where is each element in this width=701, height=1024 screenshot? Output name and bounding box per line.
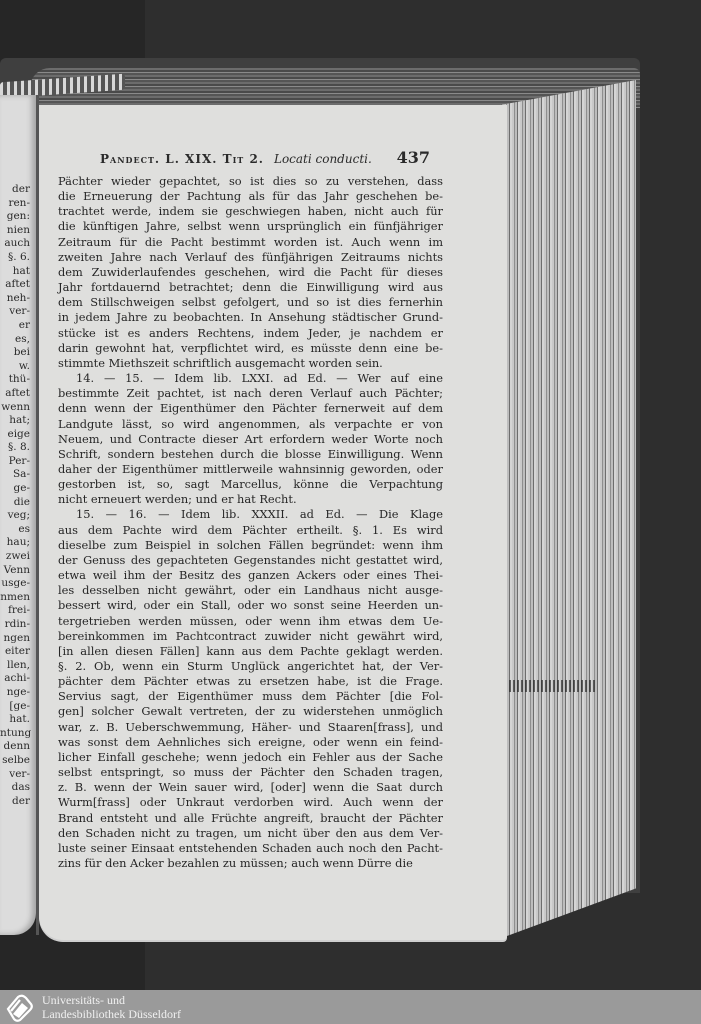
text-line: les desselben nicht gewährt, oder ein La…	[58, 583, 443, 598]
text-line: denn wenn der Eigenthümer den Pächter fe…	[58, 401, 443, 416]
left-page-fragment: ren-	[0, 197, 30, 211]
left-page-fragment: rdin-	[0, 618, 30, 632]
text-line: luste seiner Einsaat entstehenden Schade…	[58, 841, 443, 856]
text-line: 15. — 16. — Idem lib. XXXII. ad Ed. — Di…	[58, 507, 443, 522]
text-line: Neuem, und Contracte dieser Art erforder…	[58, 432, 443, 447]
text-line: zweiten Jahre nach Verlauf des fünfjähri…	[58, 250, 443, 265]
left-page-fragment: hat;	[0, 414, 30, 428]
library-footer: Universitäts- und Landesbibliothek Düsse…	[0, 990, 701, 1024]
fore-edge-stain	[505, 680, 595, 692]
left-page-fragment: nien	[0, 224, 30, 238]
text-line: war, z. B. Ueberschwemmung, Häher- und S…	[58, 720, 443, 735]
left-page-fragment: Per-	[0, 455, 30, 469]
text-line: z. B. wenn der Wein sauer wird, [oder] w…	[58, 780, 443, 795]
text-line: etwa weil ihm der Besitz des ganzen Acke…	[58, 568, 443, 583]
text-line: pächter dem Pächter etwas zu ersetzen ha…	[58, 674, 443, 689]
left-page-fragment: bei	[0, 346, 30, 360]
text-line: Zeitraum für die Pacht bestimmt worden i…	[58, 235, 443, 250]
left-page-fragment: aftet	[0, 387, 30, 401]
left-page-fragment: veg;	[0, 509, 30, 523]
text-line: 14. — 15. — Idem lib. LXXI. ad Ed. — Wer…	[58, 371, 443, 386]
text-line: darin gewohnt hat, verpflichtet wird, es…	[58, 341, 443, 356]
text-line: in jedem Jahre zu beobachten. In Ansehun…	[58, 310, 443, 325]
text-line: den Schaden nicht zu tragen, um nicht üb…	[58, 826, 443, 841]
left-page-fragment: Sa-	[0, 468, 30, 482]
text-line: Servius sagt, der Eigenthümer muss dem P…	[58, 689, 443, 704]
text-line: Pächter wieder gepachtet, so ist dies so…	[58, 174, 443, 189]
left-page-fragment: §. 8.	[0, 441, 30, 455]
left-page-fragment: hat	[0, 265, 30, 279]
left-page-fragment: eiter	[0, 645, 30, 659]
text-line: die Erneuerung der Pachtung als für das …	[58, 189, 443, 204]
text-line: trachtet werde, indem sie geschwiegen ha…	[58, 204, 443, 219]
left-page-fragment: auch	[0, 237, 30, 251]
left-page-fragment: der	[0, 183, 30, 197]
text-line: daher der Eigenthümer mittlerweile wahns…	[58, 462, 443, 477]
left-page-fragment: das	[0, 781, 30, 795]
left-page-fragment: §. 6.	[0, 251, 30, 265]
left-page-fragment: ver-	[0, 768, 30, 782]
text-line: Jahr fortdauernd betrachtet; denn die Ei…	[58, 280, 443, 295]
left-page-fragment: frei-	[0, 604, 30, 618]
page-fore-edge	[496, 80, 636, 940]
left-page-fragment: die	[0, 496, 30, 510]
left-page-fragment: w.	[0, 360, 30, 374]
left-page-fragment: gen:	[0, 210, 30, 224]
left-page-fragment: usge-	[0, 577, 30, 591]
left-page-fragment: Venn	[0, 564, 30, 578]
text-line: stücke ist es anders Rechtens, indem Jed…	[58, 326, 443, 341]
left-page-fragment: der	[0, 795, 30, 809]
text-line: tergetrieben werden müssen, oder wenn ih…	[58, 614, 443, 629]
left-page-fragment: eige	[0, 428, 30, 442]
text-line: Wurm[frass] oder Unkraut verdorben wird.…	[58, 795, 443, 810]
text-line: Landgute lässt, so wird angenommen, als …	[58, 417, 443, 432]
text-line: was sonst dem Aehnliches sich ereigne, o…	[58, 735, 443, 750]
text-line: die künftigen Jahre, selbst wenn ursprün…	[58, 219, 443, 234]
book-logo-icon	[4, 992, 34, 1022]
text-line: bessert wird, oder ein Stall, oder wo so…	[58, 598, 443, 613]
text-line: licher Einfall geschehe; wenn jedoch ein…	[58, 750, 443, 765]
left-page-fragment: ntung	[0, 727, 30, 741]
left-page-fragment: nge-	[0, 686, 30, 700]
left-page-fragment: zwei	[0, 550, 30, 564]
text-line: bestimmte Zeit pachtet, ist nach deren V…	[58, 386, 443, 401]
text-line: dem Zuwiderlaufendes geschehen, wird die…	[58, 265, 443, 280]
text-line: [in allen diesen Fällen] kann aus dem Pa…	[58, 644, 443, 659]
left-page-fragment: es	[0, 523, 30, 537]
left-page-fragment: llen,	[0, 659, 30, 673]
page-body-text: Pächter wieder gepachtet, so ist dies so…	[58, 174, 443, 871]
text-line: selbst entspringt, so muss der Pächter d…	[58, 765, 443, 780]
left-page-fragment: ge-	[0, 482, 30, 496]
text-line: zins für den Acker bezahlen zu müssen; a…	[58, 856, 443, 871]
left-page-fragment: er	[0, 319, 30, 333]
text-line: dem Stillschweigen selbst gefolgert, und…	[58, 295, 443, 310]
page-number: 437	[397, 148, 430, 167]
left-page-fragment: hat.	[0, 713, 30, 727]
left-page-fragment: neh-	[0, 292, 30, 306]
text-line: nicht erneuert werden; und er hat Recht.	[58, 492, 443, 507]
left-page-fragment: aftet	[0, 278, 30, 292]
running-head-italic: Locati conducti.	[274, 152, 372, 166]
text-line: dieselbe zum Beispiel in solchen Fällen …	[58, 538, 443, 553]
left-page-fragment: achi-	[0, 672, 30, 686]
text-line: §. 2. Ob, wenn ein Sturm Unglück angeric…	[58, 659, 443, 674]
left-page-fragment: es,	[0, 333, 30, 347]
left-page-fragment: nmen	[0, 591, 30, 605]
footer-line-1: Universitäts- und	[42, 993, 181, 1007]
footer-line-2: Landesbibliothek Düsseldorf	[42, 1007, 181, 1021]
left-page-fragment: ngen	[0, 632, 30, 646]
left-page-fragment: thü-	[0, 373, 30, 387]
left-page-fragment: selbe	[0, 754, 30, 768]
text-line: aus dem Pachte wird dem Pächter ertheilt…	[58, 523, 443, 538]
running-head: Pandect. L. XIX. Tit 2. Locati conducti.…	[100, 148, 430, 170]
left-page-fragment: [ge-	[0, 700, 30, 714]
text-line: bereinkommen im Pachtcontract zuwider ni…	[58, 629, 443, 644]
text-line: gen] solcher Gewalt vertreten, der zu wi…	[58, 704, 443, 719]
text-line: Schrift, sondern bestehen durch die blos…	[58, 447, 443, 462]
running-head-title: Pandect. L. XIX. Tit 2.	[100, 152, 264, 166]
left-page-text: derren-gen:nienauch§. 6.hataftetneh-ver-…	[0, 183, 30, 808]
left-page-fragment: wenn	[0, 401, 30, 415]
text-line: stimmte Miethszeit schriftlich ausgemach…	[58, 356, 443, 371]
text-line: gestorben ist, so, sagt Marcellus, könne…	[58, 477, 443, 492]
left-page: derren-gen:nienauch§. 6.hataftetneh-ver-…	[0, 95, 36, 935]
text-line: Brand entsteht und alle Früchte angreift…	[58, 811, 443, 826]
left-page-fragment: hau;	[0, 536, 30, 550]
left-page-fragment: ver-	[0, 305, 30, 319]
left-page-fragment: denn	[0, 740, 30, 754]
text-line: der Genuss des gepachteten Gegenstandes …	[58, 553, 443, 568]
